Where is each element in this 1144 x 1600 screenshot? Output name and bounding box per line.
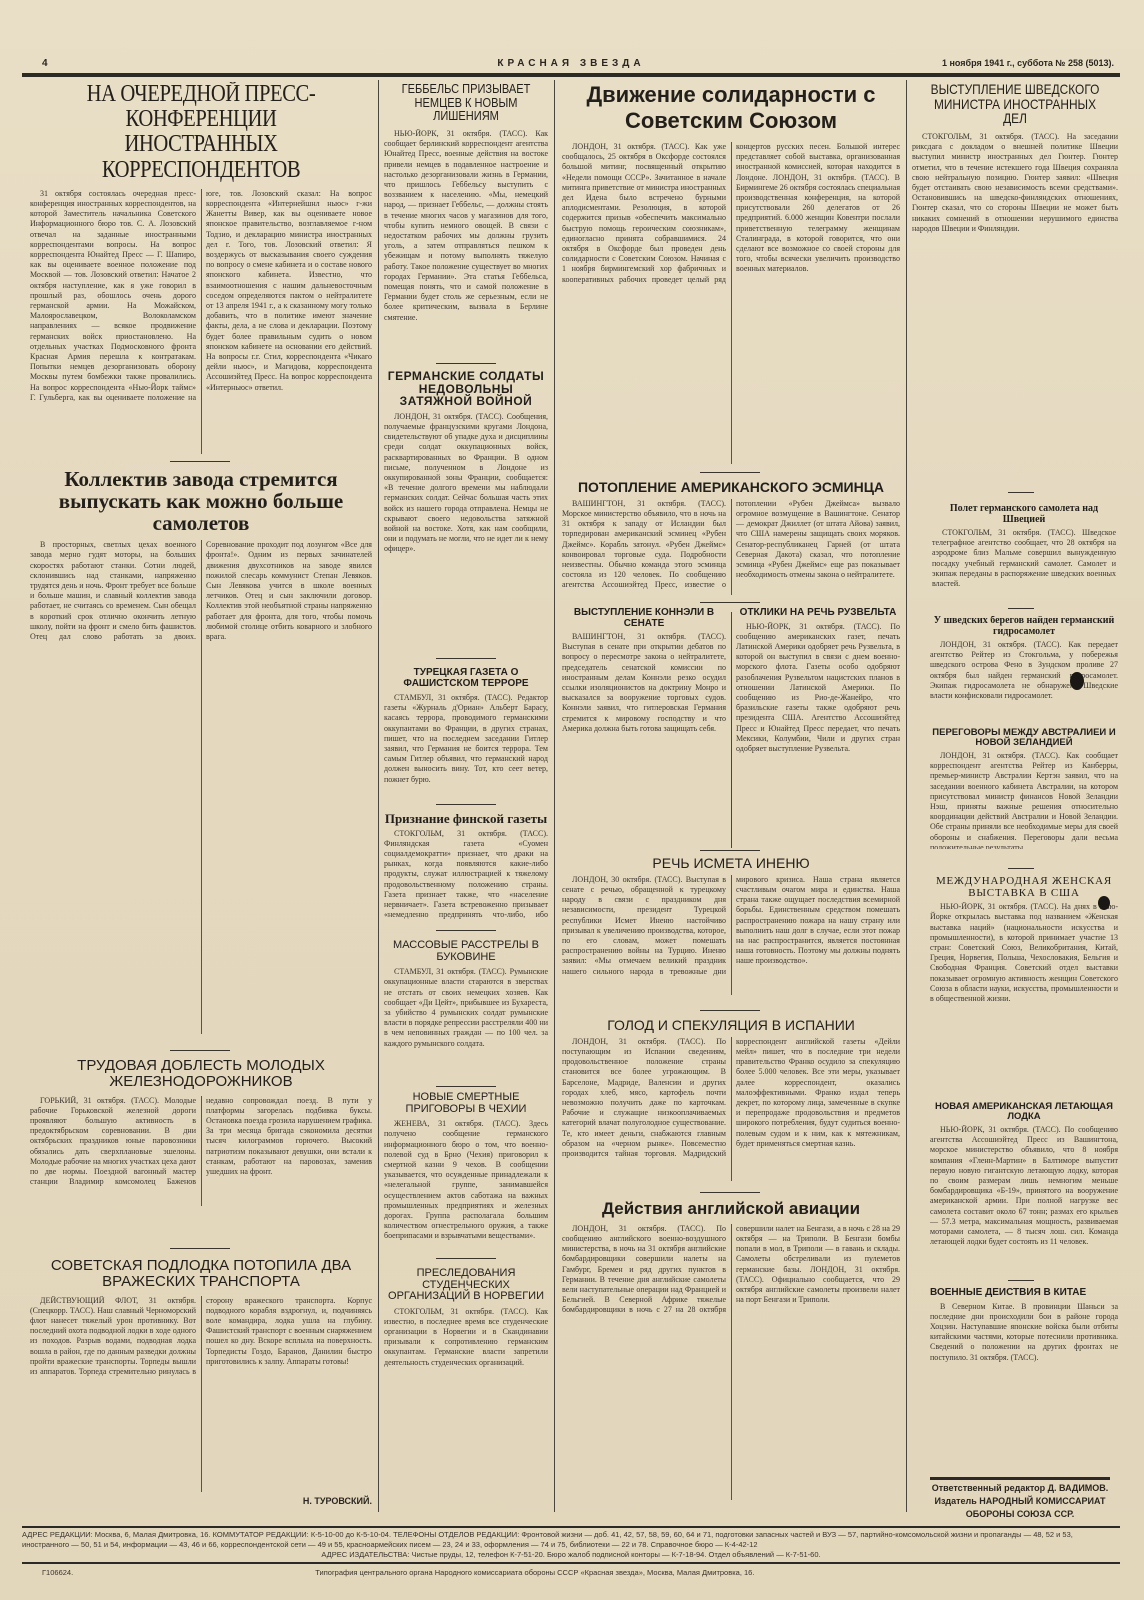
article-seaplane: У шведских берегов найден германский гид…: [930, 616, 1118, 726]
author-signature: Н. ТУРОВСКИЙ.: [30, 1496, 372, 1506]
article-body: ДЕЙСТВУЮЩИЙ ФЛОТ, 31 октября. (Спецкорр.…: [30, 1296, 372, 1492]
headline: ВЫСТУПЛЕНИЕ КОННЭЛИ В СЕНАТЕ: [562, 608, 726, 629]
column-divider: [906, 80, 907, 1512]
article-body: В просторных, светлых цехах военного зав…: [30, 540, 372, 1034]
article-body: НЬЮ-ЙОРК, 31 октября. (ТАСС). На днях в …: [930, 902, 1118, 1092]
article-body: ЛОНДОН, 31 октября. (ТАСС). Как передает…: [930, 640, 1118, 722]
headline: РЕЧЬ ИСМЕТА ИНЕНЮ: [562, 856, 900, 871]
separator: [436, 930, 496, 931]
article-factory: Коллектив завода стремится выпускать как…: [30, 468, 372, 1034]
binding-hole: [1070, 672, 1084, 690]
editorial-address: АДРЕС РЕДАКЦИИ: Москва, 6, Малая Дмитров…: [22, 1530, 1120, 1550]
publisher-line-2: ОБОРОНЫ СОЮЗА ССР.: [930, 1508, 1110, 1521]
headline: НОВЫЕ СМЕРТНЫЕ ПРИГОВОРЫ В ЧЕХИИ: [384, 1092, 548, 1115]
separator: [1008, 1280, 1034, 1281]
article-body: В Северном Китае. В провинции Шаньси за …: [930, 1302, 1118, 1460]
article-norway: ПРЕСЛЕДОВАНИЯ СТУДЕНЧЕСКИХ ОРГАНИЗАЦИЙ В…: [384, 1268, 548, 1508]
headline: ГОЛОД И СПЕКУЛЯЦИЯ В ИСПАНИИ: [562, 1018, 900, 1033]
separator: [1008, 492, 1034, 493]
article-body: ВАШИНГТОН, 31 октября. (ТАСС). Выступая …: [562, 632, 726, 840]
article-turkish-paper: ТУРЕЦКАЯ ГАЗЕТА О ФАШИСТСКОМ ТЕРРОРЕ СТА…: [384, 668, 548, 798]
article-body: ЛОНДОН, 30 октября. (ТАСС). Выступая в с…: [562, 875, 900, 995]
separator: [1008, 868, 1034, 869]
masthead: 4 КРАСНАЯ ЗВЕЗДА 1 ноября 1941 г., суббо…: [22, 58, 1120, 74]
editor-block: Ответственный редактор Д. ВАДИМОВ. Издат…: [930, 1482, 1110, 1522]
separator: [170, 461, 230, 462]
article-body: СТОКГОЛЬМ, 31 октября. (ТАСС). На заседа…: [912, 132, 1118, 478]
separator: [700, 472, 760, 473]
article-press-conference: НА ОЧЕРЕДНОЙ ПРЕСС-КОНФЕРЕНЦИИ ИНОСТРАНН…: [30, 82, 372, 454]
article-body: СТАМБУЛ, 31 октября. (ТАСС). Румынские о…: [384, 967, 548, 1077]
article-raf: Действия английской авиации ЛОНДОН, 31 о…: [562, 1200, 900, 1508]
article-body: ЛОНДОН, 31 октября. (ТАСС). Как сообщает…: [930, 751, 1118, 849]
article-body: ГОРЬКИЙ, 31 октября. (ТАСС). Молодые раб…: [30, 1096, 372, 1206]
separator: [436, 658, 496, 659]
article-australia-nz: ПЕРЕГОВОРЫ МЕЖДУ АВСТРАЛИЕЙ И НОВОЙ ЗЕЛА…: [930, 728, 1118, 856]
article-czech: НОВЫЕ СМЕРТНЫЕ ПРИГОВОРЫ В ЧЕХИИ ЖЕНЕВА,…: [384, 1092, 548, 1252]
headline: НА ОЧЕРЕДНОЙ ПРЕСС-КОНФЕРЕНЦИИ ИНОСТРАНН…: [54, 82, 348, 183]
headline: ПРЕСЛЕДОВАНИЯ СТУДЕНЧЕСКИХ ОРГАНИЗАЦИЙ В…: [384, 1268, 548, 1303]
article-german-plane: Полет германского самолета над Швецией С…: [932, 504, 1116, 622]
article-flying-boat: НОВАЯ АМЕРИКАНСКАЯ ЛЕТАЮЩАЯ ЛОДКА НЬЮ-ЙО…: [930, 1102, 1118, 1270]
article-body: СТОКГОЛЬМ, 31 октября. (ТАСС). Как извес…: [384, 1307, 548, 1507]
headline: ПЕРЕГОВОРЫ МЕЖДУ АВСТРАЛИЕЙ И НОВОЙ ЗЕЛА…: [930, 728, 1118, 748]
separator: [170, 1050, 230, 1051]
headline: ОТКЛИКИ НА РЕЧЬ РУЗВЕЛЬТА: [736, 608, 900, 619]
article-railway: ТРУДОВАЯ ДОБЛЕСТЬ МОЛОДЫХ ЖЕЛЕЗНОДОРОЖНИ…: [30, 1058, 372, 1208]
footer-imprint: Г106624. Типография центрального органа …: [22, 1568, 1120, 1578]
article-connally: ВЫСТУПЛЕНИЕ КОННЭЛИ В СЕНАТЕ ВАШИНГТОН, …: [562, 608, 726, 848]
headline: Полет германского самолета над Швецией: [932, 504, 1116, 525]
article-swedish-minister: ВЫСТУПЛЕНИЕ ШВЕДСКОГО МИНИСТРА ИНОСТРАНН…: [912, 82, 1118, 478]
article-body: СТОКГОЛЬМ, 31 октября. (ТАСС). Шведское …: [932, 528, 1116, 618]
article-roosevelt-responses: ОТКЛИКИ НА РЕЧЬ РУЗВЕЛЬТА НЬЮ-ЙОРК, 31 о…: [736, 608, 900, 848]
headline: Движение солидарности с Советским Союзом: [562, 82, 900, 134]
article-body: НЬЮ-ЙОРК, 31 октября. (ТАСС). Как сообща…: [384, 129, 548, 350]
headline: ТРУДОВАЯ ДОБЛЕСТЬ МОЛОДЫХ ЖЕЛЕЗНОДОРОЖНИ…: [30, 1058, 372, 1090]
separator: [700, 1010, 760, 1011]
separator: [700, 1192, 760, 1193]
masthead-rule: [22, 73, 1120, 77]
article-body: СТАМБУЛ, 31 октября. (ТАСС). Редактор га…: [384, 693, 548, 793]
headline: ГЕРМАНСКИЕ СОЛДАТЫ НЕДОВОЛЬНЫ ЗАТЯЖНОЙ В…: [384, 370, 548, 408]
editor-rule: [930, 1477, 1110, 1480]
article-destroyer: ПОТОПЛЕНИЕ АМЕРИКАНСКОГО ЭСМИНЦА ВАШИНГТ…: [562, 480, 900, 598]
headline: Действия английской авиации: [562, 1200, 900, 1218]
article-body: ЛОНДОН, 31 октября. (ТАСС). По сообщению…: [562, 1224, 900, 1500]
article-german-soldiers: ГЕРМАНСКИЕ СОЛДАТЫ НЕДОВОЛЬНЫ ЗАТЯЖНОЙ В…: [384, 370, 548, 652]
print-code: Г106624.: [42, 1568, 73, 1577]
article-inonu: РЕЧЬ ИСМЕТА ИНЕНЮ ЛОНДОН, 30 октября. (Т…: [562, 856, 900, 1006]
column-divider: [731, 612, 732, 848]
article-bukovina: МАССОВЫЕ РАССТРЕЛЫ В БУКОВИНЕ СТАМБУЛ, 3…: [384, 940, 548, 1082]
headline: ПОТОПЛЕНИЕ АМЕРИКАНСКОГО ЭСМИНЦА: [562, 480, 900, 495]
article-china: ВОЕННЫЕ ДЕЙСТВИЯ В КИТАЕ В Северном Кита…: [930, 1288, 1118, 1472]
binding-hole: [1098, 896, 1110, 910]
article-body: НЬЮ-ЙОРК, 31 октября. (ТАСС). По сообщен…: [736, 622, 900, 830]
article-goebbels: ГЕББЕЛЬС ПРИЗЫВАЕТ НЕМЦЕВ К НОВЫМ ЛИШЕНИ…: [384, 82, 548, 350]
headline: ВЫСТУПЛЕНИЕ ШВЕДСКОГО МИНИСТРА ИНОСТРАНН…: [927, 82, 1102, 126]
article-body: ЛОНДОН, 31 октября. (ТАСС). Как уже сооб…: [562, 142, 900, 464]
article-body: ЛОНДОН, 31 октября. (ТАСС). По поступающ…: [562, 1037, 900, 1181]
separator: [700, 850, 760, 851]
article-submarine: СОВЕТСКАЯ ПОДЛОДКА ПОТОПИЛА ДВА ВРАЖЕСКИ…: [30, 1258, 372, 1508]
separator: [700, 602, 760, 603]
separator: [436, 804, 496, 805]
article-finnish-paper: Признание финской газеты СТОКГОЛЬМ, 31 о…: [384, 812, 548, 924]
separator: [436, 1086, 496, 1087]
article-solidarity: Движение солидарности с Советским Союзом…: [562, 82, 900, 466]
headline: ТУРЕЦКАЯ ГАЗЕТА О ФАШИСТСКОМ ТЕРРОРЕ: [384, 668, 548, 689]
article-body: ВАШИНГТОН, 31 октября. (ТАСС). Морское м…: [562, 499, 900, 595]
headline: Признание финской газеты: [384, 812, 548, 826]
footer-rule: [22, 1562, 1120, 1564]
article-body: НЬЮ-ЙОРК, 31 октября. (ТАСС). По сообщен…: [930, 1125, 1118, 1267]
issue-date: 1 ноября 1941 г., суббота № 258 (5013).: [942, 58, 1114, 68]
publisher-address: АДРЕС ИЗДАТЕЛЬСТВА: Чистые пруды, 12, те…: [22, 1550, 1120, 1560]
article-spain: ГОЛОД И СПЕКУЛЯЦИЯ В ИСПАНИИ ЛОНДОН, 31 …: [562, 1018, 900, 1188]
article-body: ЛОНДОН, 31 октября. (ТАСС). Сообщения, п…: [384, 412, 548, 644]
newspaper-page: 4 КРАСНАЯ ЗВЕЗДА 1 ноября 1941 г., суббо…: [0, 0, 1144, 1600]
column-divider: [378, 80, 379, 1512]
headline: НОВАЯ АМЕРИКАНСКАЯ ЛЕТАЮЩАЯ ЛОДКА: [930, 1102, 1118, 1122]
separator: [1008, 608, 1034, 609]
footer-address: АДРЕС РЕДАКЦИИ: Москва, 6, Малая Дмитров…: [22, 1530, 1120, 1560]
editor-line: Ответственный редактор Д. ВАДИМОВ.: [930, 1482, 1110, 1495]
article-women-exhibition: МЕЖДУНАРОДНАЯ ЖЕНСКАЯ ВЫСТАВКА В США НЬЮ…: [930, 876, 1118, 1100]
footer-rule: [22, 1526, 1120, 1528]
publisher-line: Издатель НАРОДНЫЙ КОМИССАРИАТ: [930, 1495, 1110, 1508]
headline: МЕЖДУНАРОДНАЯ ЖЕНСКАЯ ВЫСТАВКА В США: [930, 876, 1118, 899]
separator: [436, 1258, 496, 1259]
headline: Коллектив завода стремится выпускать как…: [30, 468, 372, 534]
article-body: СТОКГОЛЬМ, 31 октября. (ТАСС). Финляндск…: [384, 829, 548, 919]
article-body: ЖЕНЕВА, 31 октября. (ТАСС). Здесь получе…: [384, 1119, 548, 1249]
headline: МАССОВЫЕ РАССТРЕЛЫ В БУКОВИНЕ: [384, 940, 548, 963]
headline: У шведских берегов найден германский гид…: [930, 616, 1118, 637]
separator: [436, 363, 496, 364]
separator: [170, 1248, 230, 1249]
headline: ВОЕННЫЕ ДЕЙСТВИЯ В КИТАЕ: [930, 1288, 1118, 1299]
headline: СОВЕТСКАЯ ПОДЛОДКА ПОТОПИЛА ДВА ВРАЖЕСКИ…: [30, 1258, 372, 1290]
headline: ГЕББЕЛЬС ПРИЗЫВАЕТ НЕМЦЕВ К НОВЫМ ЛИШЕНИ…: [396, 82, 535, 123]
article-body: 31 октября состоялась очередная пресс-ко…: [30, 189, 372, 454]
column-divider: [554, 80, 555, 1512]
printer-info: Типография центрального органа Народного…: [315, 1568, 754, 1577]
